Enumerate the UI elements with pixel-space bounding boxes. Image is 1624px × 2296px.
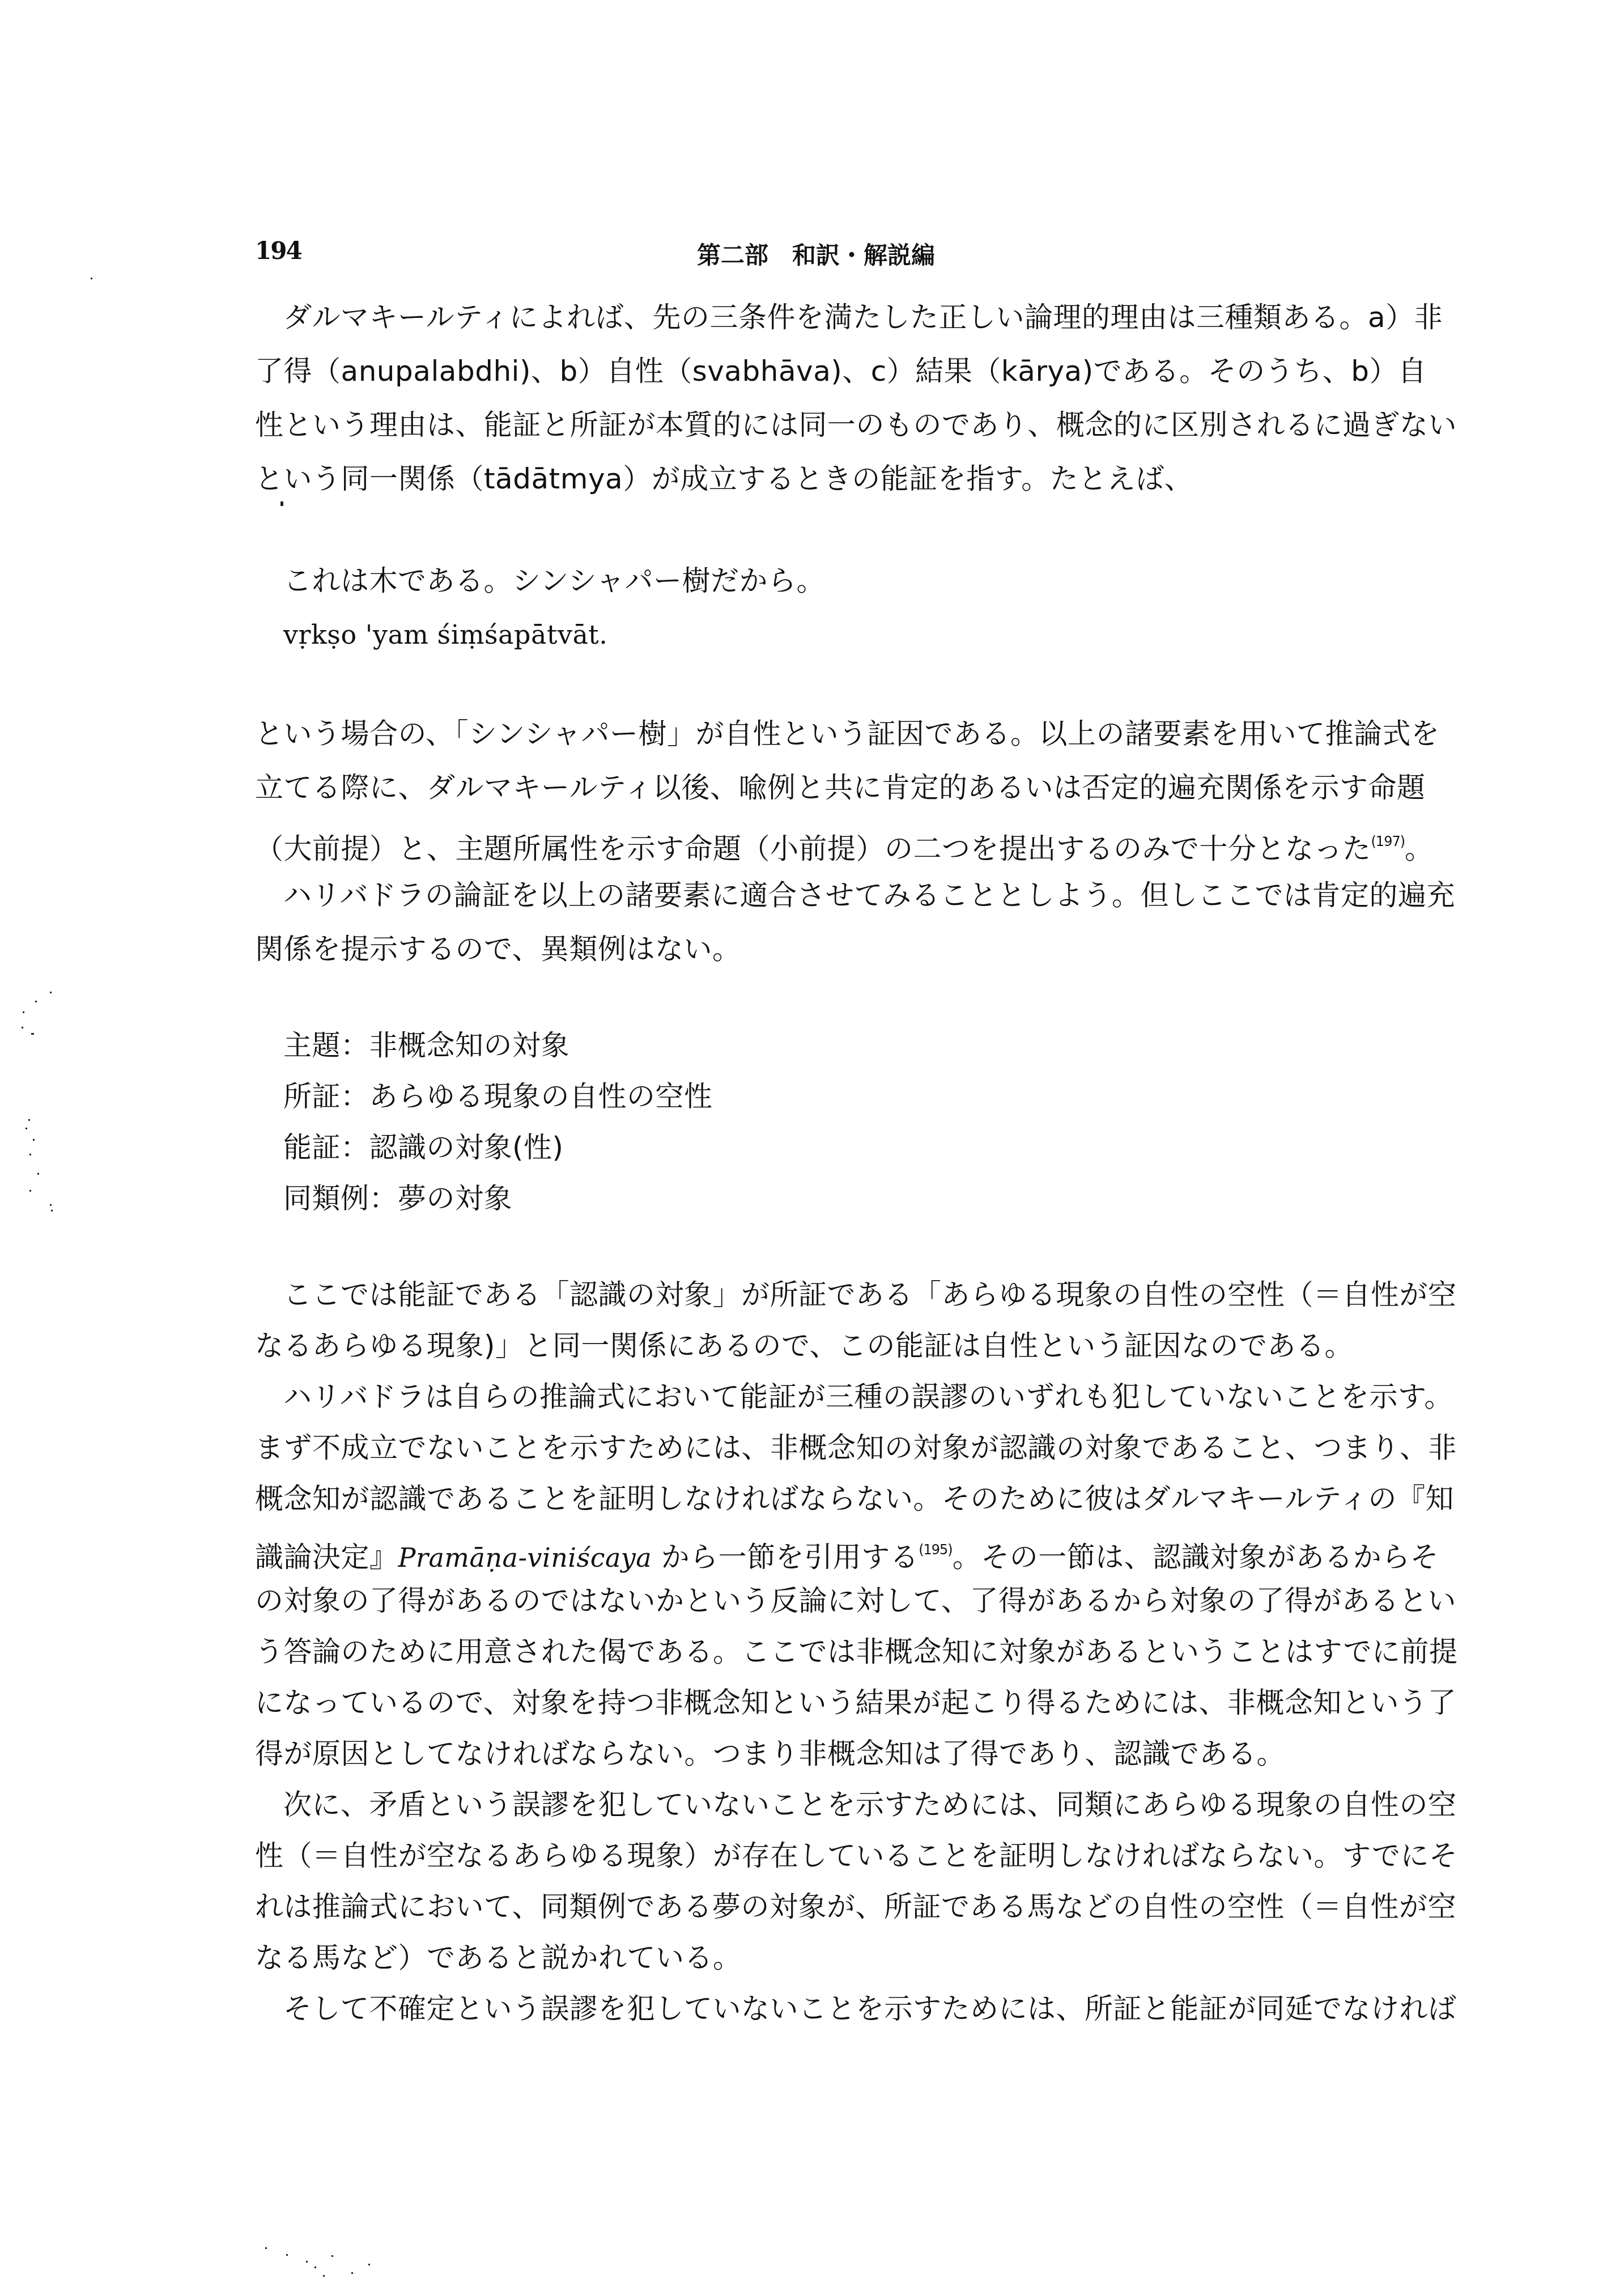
paragraph-7-line-1: そして不確定という誤謬を犯していないことを示すためには、所証と能証が同延でなけれ…	[255, 1992, 1408, 2026]
running-head: 第二部 和訳・解説編	[255, 237, 1377, 271]
paragraph-5-line-6: う答論のために用意された偈である。ここでは非概念知に対象があるということはすでに…	[255, 1635, 1380, 1669]
syllogism-value: 認識の対象(性)	[369, 1131, 564, 1164]
page-header: 194 第二部 和訳・解説編	[255, 237, 1377, 277]
paragraph-2-line-2: 立てる際に、ダルマキールティ以後、喩例と共に肯定的あるいは否定的遍充関係を示す命…	[255, 771, 1380, 805]
paragraph-5-line-3: 概念知が認識であることを証明しなければならない。そのために彼はダルマキールティの…	[255, 1482, 1380, 1516]
paragraph-6-line-3: れは推論式において、同類例である夢の対象が、所証である馬などの自性の空性（＝自性…	[255, 1890, 1380, 1924]
paragraph-3-line-1: ハリバドラの論証を以上の諸要素に適合させてみることとしよう。但しここでは肯定的遍…	[255, 878, 1408, 912]
paragraph-4-line-1: ここでは能証である「認識の対象」が所証である「あらゆる現象の自性の空性（＝自性が…	[255, 1278, 1408, 1312]
syllogism-subject: 主題：非概念知の対象	[283, 1028, 1408, 1062]
paragraph-6-line-4: なる馬など）であると説かれている。	[255, 1941, 1380, 1975]
footnote-ref-197[interactable]: (197)	[1371, 834, 1405, 849]
document-page: 194 第二部 和訳・解説編 ダルマキールティによれば、先の三条件を満たした正し…	[0, 0, 1624, 2296]
paragraph-5-line-1: ハリバドラは自らの推論式において能証が三種の誤謬のいずれも犯していないことを示す…	[255, 1380, 1408, 1414]
paragraph-3-line-2: 関係を提示するので、異類例はない。	[255, 932, 1380, 966]
paragraph-1-line-3: 性という理由は、能証と所証が本質的には同一のものであり、概念的に区別されるに過ぎ…	[255, 408, 1380, 442]
example-sanskrit: vṛkṣo 'yam śiṃśapātvāt.	[283, 618, 1408, 652]
paragraph-5-line-7: になっているので、対象を持つ非概念知という結果が起こり得るためには、非概念知とい…	[255, 1686, 1380, 1720]
paragraph-2-line-3-text: （大前提）と、主題所属性を示す命題（小前提）の二つを提出するのみで十分となった	[255, 832, 1371, 865]
example-japanese: これは木である。シンシャパー樹だから。	[283, 564, 1408, 598]
paragraph-2-line-3-end: 。	[1405, 832, 1434, 865]
footnote-ref-195[interactable]: (195)	[919, 1542, 953, 1558]
syllogism-label: 主題	[283, 1029, 341, 1062]
paragraph-1-line-4: という同一関係（tādātmya）が成立するときの能証を指す。たとえば、	[255, 462, 1380, 496]
syllogism-label: 能証	[283, 1131, 341, 1164]
syllogism-value: あらゆる現象の自性の空性	[369, 1080, 713, 1113]
syllogism-probandum: 所証：あらゆる現象の自性の空性	[283, 1079, 1408, 1113]
paragraph-2-line-3: （大前提）と、主題所属性を示す命題（小前提）の二つを提出するのみで十分となった(…	[255, 824, 1380, 866]
paragraph-5-line-5: の対象の了得があるのではないかという反論に対して、了得があるから対象の了得がある…	[255, 1584, 1380, 1618]
paragraph-1-line-2: 了得（anupalabdhi)、b）自性（svabhāva)、c）結果（kāry…	[255, 354, 1380, 388]
cited-work-title: Pramāṇa-viniścaya	[398, 1542, 652, 1573]
paragraph-1-line-1: ダルマキールティによれば、先の三条件を満たした正しい論理的理由は三種類ある。a）…	[255, 300, 1408, 334]
paragraph-4-line-2: なるあらゆる現象)」と同一関係にあるので、この能証は自性という証因なのである。	[255, 1329, 1380, 1363]
paragraph-5-line-8: 得が原因としてなければならない。つまり非概念知は了得であり、認識である。	[255, 1737, 1380, 1771]
paragraph-5-citation-line: 識論決定』Pramāṇa-viniścaya から一節を引用する(195)。その…	[255, 1533, 1380, 1575]
syllogism-reason: 能証：認識の対象(性)	[283, 1130, 1408, 1164]
syllogism-label: 所証	[283, 1080, 341, 1113]
syllogism-value: 非概念知の対象	[369, 1029, 570, 1062]
paragraph-6-line-1: 次に、矛盾という誤謬を犯していないことを示すためには、同類にあらゆる現象の自性の…	[255, 1788, 1408, 1822]
syllogism-similar-example: 同類例：夢の対象	[283, 1181, 1408, 1215]
paragraph-2-line-1: という場合の、「シンシャパー樹」が自性という証因である。以上の諸要素を用いて推論…	[255, 717, 1380, 751]
paragraph-6-line-2: 性（＝自性が空なるあらゆる現象）が存在していることを証明しなければならない。すで…	[255, 1839, 1380, 1873]
syllogism-value: 夢の対象	[398, 1182, 512, 1215]
syllogism-label: 同類例	[283, 1182, 369, 1215]
paragraph-5-line-2: まず不成立でないことを示すためには、非概念知の対象が認識の対象であること、つまり…	[255, 1431, 1380, 1465]
